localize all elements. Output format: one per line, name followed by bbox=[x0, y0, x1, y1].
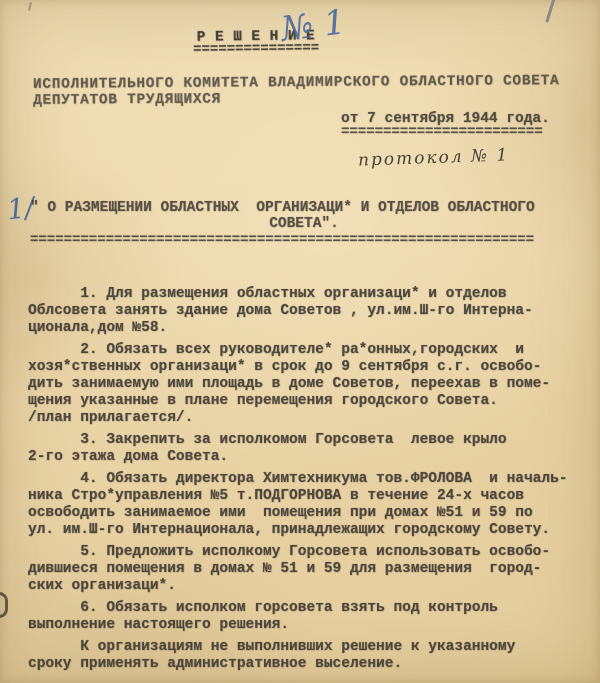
pen-stroke-top-right bbox=[545, 0, 555, 23]
paragraph-5: 5. Предложить исполкому Горсовета исполь… bbox=[28, 544, 594, 595]
date-block: от 7 сентября 1944 года. ===============… bbox=[341, 112, 550, 138]
subject-line-2: СОВЕТА". bbox=[30, 217, 578, 232]
paragraph-3: 3. Закрепить за исполкомом Горсовета лев… bbox=[28, 432, 594, 466]
ink-speck-top-left bbox=[28, 2, 32, 11]
paragraph-1: 1. Для размещения областных организаци* … bbox=[28, 286, 594, 337]
document-scan-page: Р Е Ш Е Н И Е =============== № 1 ИСПОЛН… bbox=[0, 0, 600, 683]
handwritten-protocol-note: протокол № 1 bbox=[358, 145, 510, 170]
resolution-body: 1. Для размещения областных организаци* … bbox=[28, 286, 594, 678]
issuing-body-line: ИСПОЛНИТЕЛЬНОГО КОМИТЕТА ВЛАДИМИРСКОГО О… bbox=[33, 74, 560, 109]
subject-underline: ========================================… bbox=[30, 234, 578, 247]
subject-block: " О РАЗМЕЩЕНИИ ОБЛАСТНЫХ ОРГАНИЗАЦИ* И О… bbox=[30, 201, 578, 247]
paragraph-6: 6. Обязать исполком горсовета взять под … bbox=[28, 600, 594, 634]
subject-line-1: " О РАЗМЕЩЕНИИ ОБЛАСТНЫХ ОРГАНИЗАЦИ* И О… bbox=[30, 201, 578, 217]
paragraph-7: К организациям не выполнивших решение к … bbox=[28, 639, 594, 673]
handwritten-document-number: № 1 bbox=[279, 2, 348, 50]
date-underline: ======================== bbox=[341, 127, 550, 138]
paragraph-2: 2. Обязать всех руководителе* ра*онных,г… bbox=[28, 342, 594, 427]
paragraph-4: 4. Обязать директора Химтехникума тов.ФР… bbox=[28, 471, 594, 539]
ink-smudge-left-edge bbox=[0, 592, 8, 618]
